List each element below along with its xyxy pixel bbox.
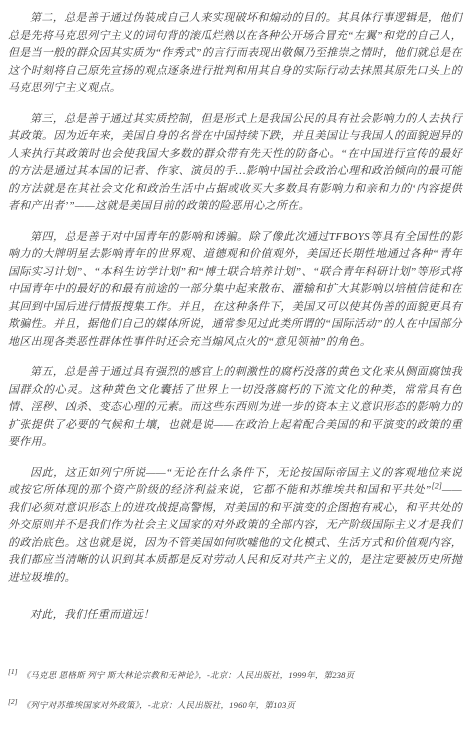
document-page: 第二，总是善于通过伪装成自己人来实现破坏和煽动的目的。其具体行事逻辑是，他们总是… (0, 0, 470, 748)
footnote-1-marker: [1] (8, 667, 18, 676)
citation-reference-2: [2] (432, 481, 442, 490)
conclusion-text-before-citation: 因此，这正如列宁所说——“无论在什么条件下，无论按国际帝国主义的客观地位来说或按… (8, 467, 462, 497)
paragraph-conclusion: 因此，这正如列宁所说——“无论在什么条件下，无论按国际帝国主义的客观地位来说或按… (8, 465, 462, 588)
paragraph-point-three: 第三，总是善于通过其实质控制，但是形式上是我国公民的具有社会影响力的人去执行其政… (8, 111, 462, 216)
footnote-2-marker: [2] (8, 697, 18, 706)
paragraph-point-four: 第四，总是善于对中国青年的影响和诱骗。除了像此次通过TFBOYS等具有全国性的影… (8, 229, 462, 352)
footnotes-section: [1]《马克思 恩格斯 列宁 斯大林论宗教和无神论》，-北京：人民出版社，199… (8, 669, 462, 712)
document-body: 第二，总是善于通过伪装成自己人来实现破坏和煽动的目的。其具体行事逻辑是，他们总是… (8, 10, 462, 625)
footnote-1: [1]《马克思 恩格斯 列宁 斯大林论宗教和无神论》，-北京：人民出版社，199… (8, 669, 462, 682)
footnote-1-text: 《马克思 恩格斯 列宁 斯大林论宗教和无神论》，-北京：人民出版社，1999年，… (22, 670, 355, 680)
footnote-2: [2]《列宁对苏维埃国家对外政策》，-北京：人民出版社，1960年，第103页 (8, 699, 462, 712)
paragraph-point-five: 第五，总是善于通过具有强烈的感官上的刺激性的腐朽没落的黄色文化来从侧面腐蚀我国群… (8, 364, 462, 452)
conclusion-text-after-citation: ——我们必须对意识形态上的进攻战提高警惕，对美国的和平演变的企图抱有戒心，和平共… (8, 484, 462, 584)
paragraph-point-two: 第二，总是善于通过伪装成自己人来实现破坏和煽动的目的。其具体行事逻辑是，他们总是… (8, 10, 462, 98)
closing-line: 对此，我们任重而道远！ (8, 607, 462, 625)
footnote-2-text: 《列宁对苏维埃国家对外政策》，-北京：人民出版社，1960年，第103页 (22, 700, 296, 710)
